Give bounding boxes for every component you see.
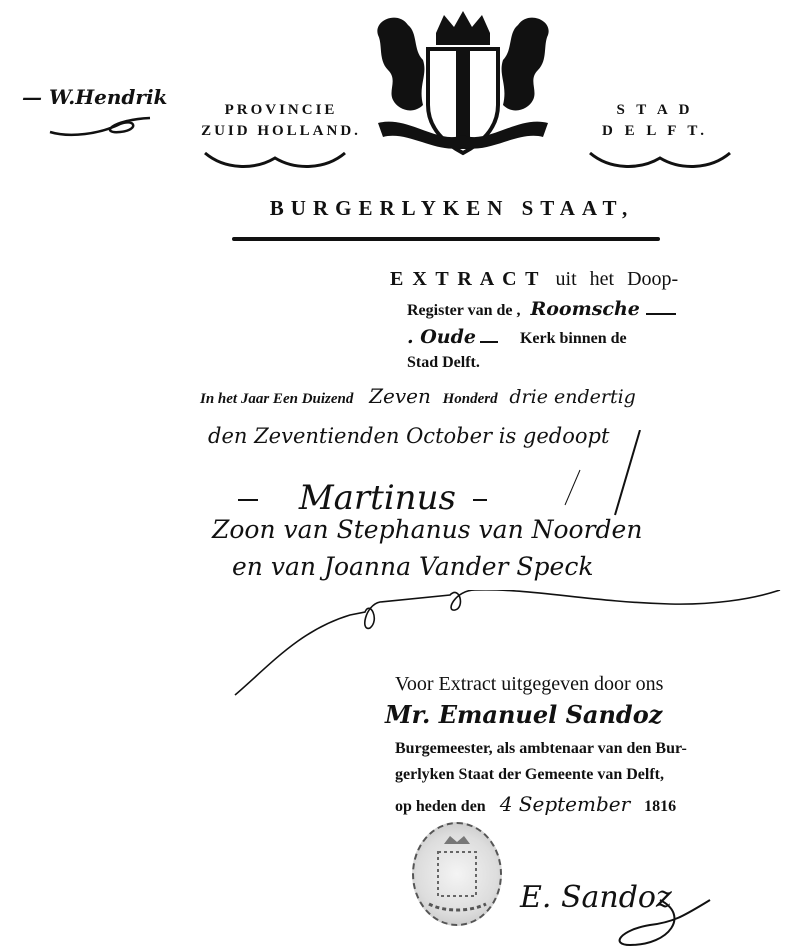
province-line2: ZUID HOLLAND. bbox=[196, 123, 366, 140]
year-tens-handwritten: drie endertig bbox=[509, 386, 635, 408]
margin-signature-flourish bbox=[40, 110, 160, 140]
extract-line3: . Oude Kerk binnen de bbox=[407, 326, 627, 348]
extract-line1: E X T R A C T uit het Doop- bbox=[390, 268, 678, 291]
mother-line: en van Joanna Vander Speck bbox=[232, 552, 594, 581]
record-line2: den Zeventienden October is gedoopt bbox=[208, 424, 609, 448]
cert-line3: gerlyken Staat der Gemeente van Delft, bbox=[395, 766, 664, 784]
registry-text: gerlyken Staat der Gemeente van Delft, bbox=[395, 766, 664, 783]
register-label: Register van de , bbox=[407, 302, 520, 319]
church-name-handwritten: . Oude bbox=[407, 326, 476, 348]
city-flourish bbox=[585, 148, 735, 172]
issue-date-handwritten: 4 September bbox=[500, 792, 630, 816]
mother-name-handwritten: en van Joanna Vander Speck bbox=[232, 552, 594, 581]
child-name-handwritten: Martinus bbox=[299, 478, 456, 518]
dash bbox=[473, 499, 487, 501]
province-label: PROVINCIE ZUID HOLLAND. bbox=[196, 102, 366, 140]
pen-stroke bbox=[560, 430, 660, 520]
city-line1: S T A D bbox=[590, 102, 720, 119]
official-name-line: Mr. Emanuel Sandoz bbox=[385, 700, 662, 729]
cert-line2: Burgemeester, als ambtenaar van den Bur- bbox=[395, 740, 687, 758]
fill-line bbox=[480, 341, 498, 343]
child-name-line: Martinus bbox=[238, 478, 487, 518]
dash bbox=[238, 499, 258, 501]
signature-flourish bbox=[600, 895, 730, 950]
father-line: Zoon van Stephanus van Noorden bbox=[212, 515, 642, 544]
church-denomination-handwritten: Roomsche bbox=[530, 298, 639, 320]
province-line1: PROVINCIE bbox=[196, 102, 366, 119]
extract-line2: Register van de , Roomsche bbox=[407, 298, 676, 320]
baptism-date-handwritten: den Zeventienden October is gedoopt bbox=[208, 424, 609, 448]
cert-line4: op heden den 4 September 1816 bbox=[395, 792, 676, 816]
city-label: S T A D D E L F T. bbox=[590, 102, 720, 140]
church-label: Kerk binnen de bbox=[520, 330, 627, 347]
official-name-handwritten: Mr. Emanuel Sandoz bbox=[385, 700, 662, 729]
year-prefix: In het Jaar Een Duizend bbox=[200, 391, 353, 407]
hundred-label: Honderd bbox=[443, 391, 498, 407]
document-title: BURGERLYKEN STAAT, bbox=[232, 196, 672, 221]
issued-by-label: Voor Extract uitgegeven door ons bbox=[395, 673, 663, 695]
date-prefix: op heden den bbox=[395, 798, 486, 815]
coat-of-arms-icon bbox=[368, 5, 558, 165]
cert-line1: Voor Extract uitgegeven door ons bbox=[395, 673, 663, 696]
province-flourish bbox=[200, 148, 350, 172]
official-seal-icon bbox=[412, 822, 502, 926]
extract-rest: uit het Doop- bbox=[556, 268, 679, 290]
extract-line4: Stad Delft. bbox=[407, 354, 480, 372]
issue-year: 1816 bbox=[644, 798, 676, 815]
margin-signature-text: — W.Hendrik bbox=[22, 85, 167, 109]
city-line2: D E L F T. bbox=[590, 123, 720, 140]
mayor-role-text: Burgemeester, als ambtenaar van den Bur- bbox=[395, 740, 687, 757]
margin-signature: — W.Hendrik bbox=[22, 85, 167, 109]
extract-caps: E X T R A C T bbox=[390, 268, 541, 290]
record-line1: In het Jaar Een Duizend Zeven Honderd dr… bbox=[200, 384, 636, 408]
document-title-text: BURGERLYKEN STAAT, bbox=[270, 196, 634, 220]
city-text: Stad Delft. bbox=[407, 354, 480, 371]
father-name-handwritten: Zoon van Stephanus van Noorden bbox=[212, 515, 642, 544]
year-hundreds-handwritten: Zeven bbox=[369, 384, 431, 408]
fill-line bbox=[646, 313, 676, 315]
seal-emblem-icon bbox=[414, 824, 500, 924]
title-rule bbox=[232, 237, 660, 241]
